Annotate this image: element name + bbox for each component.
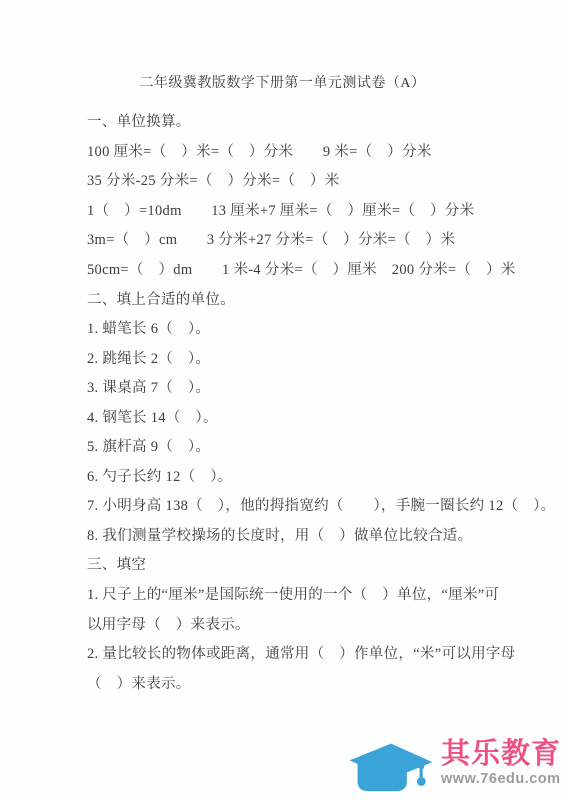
exercise-line: 4. 钢笔长 14（ ）。 <box>87 401 565 431</box>
exercise-line: 以用字母（ ）来表示。 <box>87 608 565 638</box>
worksheet-content: 一、单位换算。 100 厘米=（ ）米=（ ）分米 9 米=（ ）分米 35 分… <box>87 106 565 697</box>
brand-url: www.76edu.com <box>441 770 561 788</box>
exercise-line: 3m=（ ）cm 3 分米+27 分米=（ ）分米=（ ）米 <box>87 224 565 254</box>
exercise-line: 5. 旗杆高 9（ ）。 <box>87 431 565 461</box>
brand-text-block: 其乐教育 www.76edu.com <box>441 739 561 788</box>
page-title: 二年级冀教版数学下册第一单元测试卷（A） <box>0 72 565 92</box>
exercise-line: 2. 量比较长的物体或距离，通常用（ ）作单位，“米”可以用字母 <box>87 638 565 668</box>
exercise-line: 35 分米-25 分米=（ ）分米=（ ）米 <box>87 165 565 195</box>
exercise-line: 100 厘米=（ ）米=（ ）分米 9 米=（ ）分米 <box>87 136 565 166</box>
exercise-line: 1. 蜡笔长 6（ ）。 <box>87 313 565 343</box>
exercise-line: （ ）来表示。 <box>87 667 565 697</box>
exercise-line: 7. 小明身高 138（ ），他的拇指宽约（ ），手腕一圈长约 12（ ）。 <box>87 490 565 520</box>
worksheet-page: 二年级冀教版数学下册第一单元测试卷（A） 一、单位换算。 100 厘米=（ ）米… <box>0 0 565 800</box>
exercise-line: 1（ ）=10dm 13 厘米+7 厘米=（ ）厘米=（ ）分米 <box>87 195 565 225</box>
exercise-line: 8. 我们测量学校操场的长度时，用（ ）做单位比较合适。 <box>87 520 565 550</box>
section-heading-3: 三、填空 <box>87 549 565 579</box>
section-heading-1: 一、单位换算。 <box>87 106 565 136</box>
exercise-line: 50cm=（ ）dm 1 米-4 分米=（ ）厘米 200 分米=（ ）米 <box>87 254 565 284</box>
exercise-line: 2. 跳绳长 2（ ）。 <box>87 342 565 372</box>
exercise-line: 1. 尺子上的“厘米”是国际统一使用的一个（ ）单位，“厘米”可 <box>87 579 565 609</box>
brand-watermark: 其乐教育 www.76edu.com <box>347 732 561 794</box>
exercise-line: 6. 勺子长约 12（ ）。 <box>87 461 565 491</box>
graduation-cap-icon <box>347 732 435 794</box>
brand-name: 其乐教育 <box>441 739 561 770</box>
exercise-line: 3. 课桌高 7（ ）。 <box>87 372 565 402</box>
section-heading-2: 二、填上合适的单位。 <box>87 283 565 313</box>
